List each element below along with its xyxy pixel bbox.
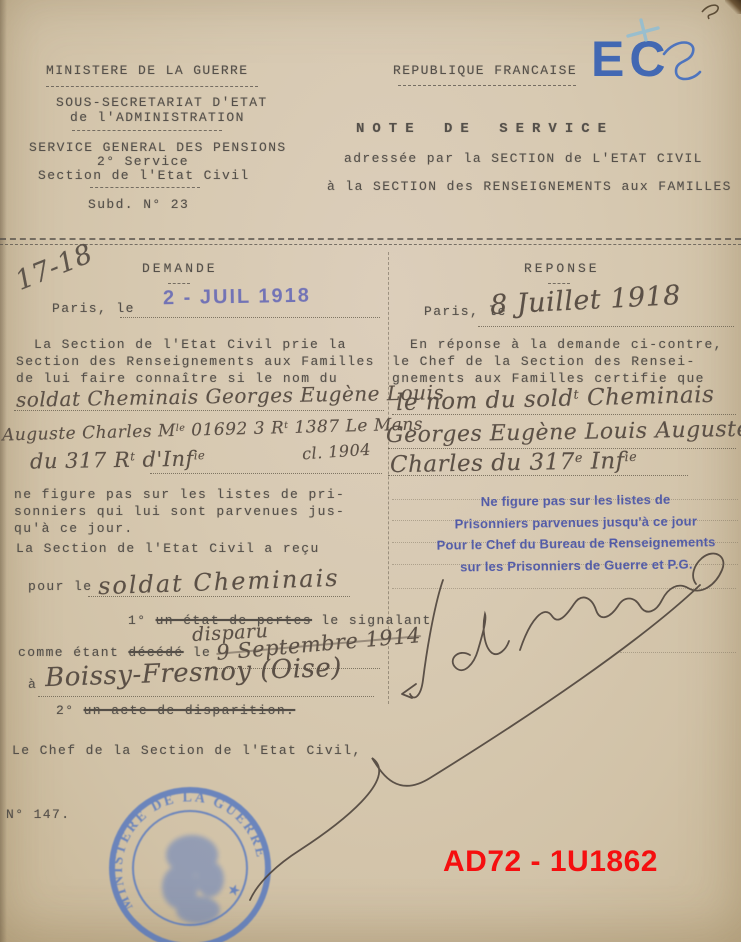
dash-rule (168, 283, 190, 284)
fill-in-line (88, 596, 350, 597)
dash-rule (548, 283, 570, 284)
body-line: sonniers qui lui sont parvenues jus- (14, 503, 345, 520)
request-paragraph-1: La Section de l'Etat Civil prie la Secti… (16, 336, 375, 387)
item-number: 2° (56, 703, 74, 718)
dash-rule (72, 130, 222, 131)
scanned-document-page: { "document": { "archive_watermark": "AD… (0, 0, 741, 942)
reference-number: N° 147. (6, 806, 70, 823)
reply-negative-stamp: Ne figure pas sur les listes de Prisonni… (413, 488, 738, 578)
section-title: Section de l'Etat Civil (38, 167, 250, 184)
body-line: ne figure pas sur les listes de pri- (14, 486, 345, 503)
struck-text: un acte de disparition. (84, 703, 296, 718)
corner-ink-scribble (702, 5, 718, 19)
pen-squiggle (664, 43, 700, 80)
note-de-service-title: NOTE DE SERVICE (356, 121, 614, 138)
hw-soldier-short: soldat Cheminais (98, 564, 340, 600)
round-ministry-stamp: MINISTERE DE LA GUERRE ★ (80, 775, 310, 942)
hw-text: 01692 3 R (185, 418, 284, 441)
place-prefix: à (28, 676, 37, 693)
date-received-stamp: 2 - JUIL 1918 (163, 285, 311, 311)
body-line: qu'à ce jour. (14, 520, 345, 537)
item-text: comme étant (18, 645, 119, 660)
addressed-to-line: à la SECTION des RENSEIGNEMENTS aux FAMI… (327, 178, 732, 195)
hw-text: Inf (583, 448, 625, 475)
hw-text: du 317 R (30, 448, 131, 474)
hw-regiment: du 317 Rt d'Infie (30, 446, 206, 473)
hw-text: Charles du 317 (390, 449, 575, 478)
ruled-line (392, 588, 736, 589)
hw-text: le nom du sold (396, 386, 574, 417)
fill-in-line (120, 317, 380, 318)
request-paragraph-3: La Section de l'Etat Civil a reçu (16, 540, 320, 557)
stamp-line: sur les Prisonniers de Guerre et P.G. (414, 553, 738, 578)
hw-superscript: ie (194, 448, 206, 462)
place-date-label: Paris, le (52, 300, 135, 317)
addressed-from-line: adressée par la SECTION de L'ETAT CIVIL (344, 150, 703, 167)
fill-in-line (38, 696, 374, 697)
signature-de (453, 614, 509, 670)
subdivision-number: Subd. N° 23 (88, 196, 189, 213)
hw-reply-date: 8 Juillet 1918 (489, 280, 681, 321)
archive-watermark: AD72 - 1U1862 (443, 845, 658, 879)
signature-tick (402, 684, 416, 698)
body-line: La Section de l'Etat Civil prie la (16, 336, 375, 353)
body-line: le Chef de la Section des Rensei- (392, 353, 723, 370)
margin-annotation: 17-18 (11, 238, 97, 297)
demande-heading: DEMANDE (142, 260, 218, 277)
item-number: 1° (128, 613, 146, 628)
stamp-center-emblem (162, 835, 224, 924)
fill-in-line (478, 326, 734, 327)
reply-paragraph: En réponse à la demande ci-contre, le Ch… (392, 336, 723, 387)
for-label: pour le (28, 578, 92, 595)
hw-text: Auguste Charles M (2, 421, 176, 446)
paper-left-edge-shadow (0, 0, 7, 942)
hw-text: Cheminais (579, 382, 715, 412)
hw-superscript: ie (624, 449, 637, 464)
item-3-line: 2° un acte de disparition. (56, 702, 295, 719)
fill-in-line (392, 414, 736, 415)
hw-text: d'Inf (135, 447, 194, 472)
dash-rule (90, 187, 200, 188)
reponse-heading: REPONSE (524, 260, 600, 277)
header-body-divider (0, 238, 741, 245)
pencil-check-mark (628, 20, 658, 40)
ink-marks-overlay (0, 0, 741, 120)
request-paragraph-2: ne figure pas sur les listes de pri- son… (14, 486, 345, 537)
fill-in-line (150, 473, 382, 474)
hw-class-year: cl. 1904 (301, 440, 371, 464)
signatory-title: Le Chef de la Section de l'Etat Civil, (12, 742, 362, 759)
stamp-star-icon: ★ (225, 880, 243, 900)
hw-reply-line3: Charles du 317e Infie (390, 448, 638, 478)
fill-in-line (14, 410, 384, 411)
body-line: En réponse à la demande ci-contre, (392, 336, 723, 353)
hw-reply-line2: Georges Eugène Louis Auguste (386, 417, 741, 448)
body-line: Section des Renseignements aux Familles (16, 353, 375, 370)
fill-in-line (388, 475, 688, 476)
hw-superscript: e (575, 450, 583, 465)
ruled-line (620, 652, 736, 653)
